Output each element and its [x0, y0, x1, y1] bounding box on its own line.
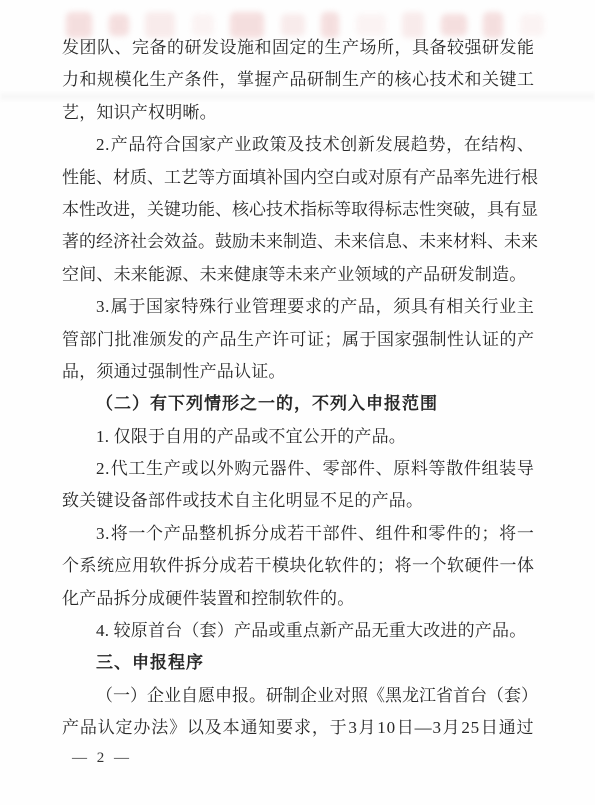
- page-number: — 2 —: [72, 744, 132, 772]
- text-line: 化产品拆分成硬件装置和控制软件的。: [62, 583, 534, 615]
- text-line: 2. 产品符合国家产业政策及技术创新发展趋势，在结构、: [62, 129, 534, 161]
- text-line: 艺，知识产权明晰。: [62, 97, 534, 129]
- text-line: 1. 仅限于自用的产品或不宜公开的产品。: [62, 421, 534, 453]
- text-line: 力和规模化生产条件，掌握产品研制生产的核心技术和关键工: [62, 64, 534, 96]
- text-block: 发团队、完备的研发设施和固定的生产场所，具备较强研发能力和规模化生产条件，掌握产…: [62, 32, 534, 745]
- text-line: 4. 较原首台（套）产品或重点新产品无重大改进的产品。: [62, 615, 534, 647]
- text-line: 发团队、完备的研发设施和固定的生产场所，具备较强研发能: [62, 32, 534, 64]
- text-line: 本性改进，关键功能、核心技术指标等取得标志性突破，具有显: [62, 194, 534, 226]
- text-line: 空间、未来能源、未来健康等未来产业领域的产品研发制造。: [62, 259, 534, 291]
- text-line: 个系统应用软件拆分成若干模块化软件的；将一个软硬件一体: [62, 550, 534, 582]
- heading-line: （二）有下列情形之一的，不列入申报范围: [62, 388, 534, 420]
- text-line: 品，须通过强制性产品认证。: [62, 356, 534, 388]
- heading-line: 三、申报程序: [62, 647, 534, 679]
- text-line: 3. 将一个产品整机拆分成若干部件、组件和零件的；将一: [62, 518, 534, 550]
- text-line: 3. 属于国家特殊行业管理要求的产品，须具有相关行业主: [62, 291, 534, 323]
- text-line: （一）企业自愿申报。研制企业对照《黑龙江省首台（套）: [62, 680, 534, 712]
- text-line: 管部门批准颁发的产品生产许可证；属于国家强制性认证的产: [62, 324, 534, 356]
- text-line: 产品认定办法》以及本通知要求，于 3 月 10 日—3 月 25 日通过: [62, 712, 534, 744]
- text-line: 致关键设备部件或技术自主化明显不足的产品。: [62, 485, 534, 517]
- document-page: 发团队、完备的研发设施和固定的生产场所，具备较强研发能力和规模化生产条件，掌握产…: [0, 0, 595, 805]
- text-line: 性能、材质、工艺等方面填补国内空白或对原有产品率先进行根: [62, 162, 534, 194]
- text-line: 著的经济社会效益。鼓励未来制造、未来信息、未来材料、未来: [62, 226, 534, 258]
- text-line: 2. 代工生产或以外购元器件、零部件、原料等散件组装导: [62, 453, 534, 485]
